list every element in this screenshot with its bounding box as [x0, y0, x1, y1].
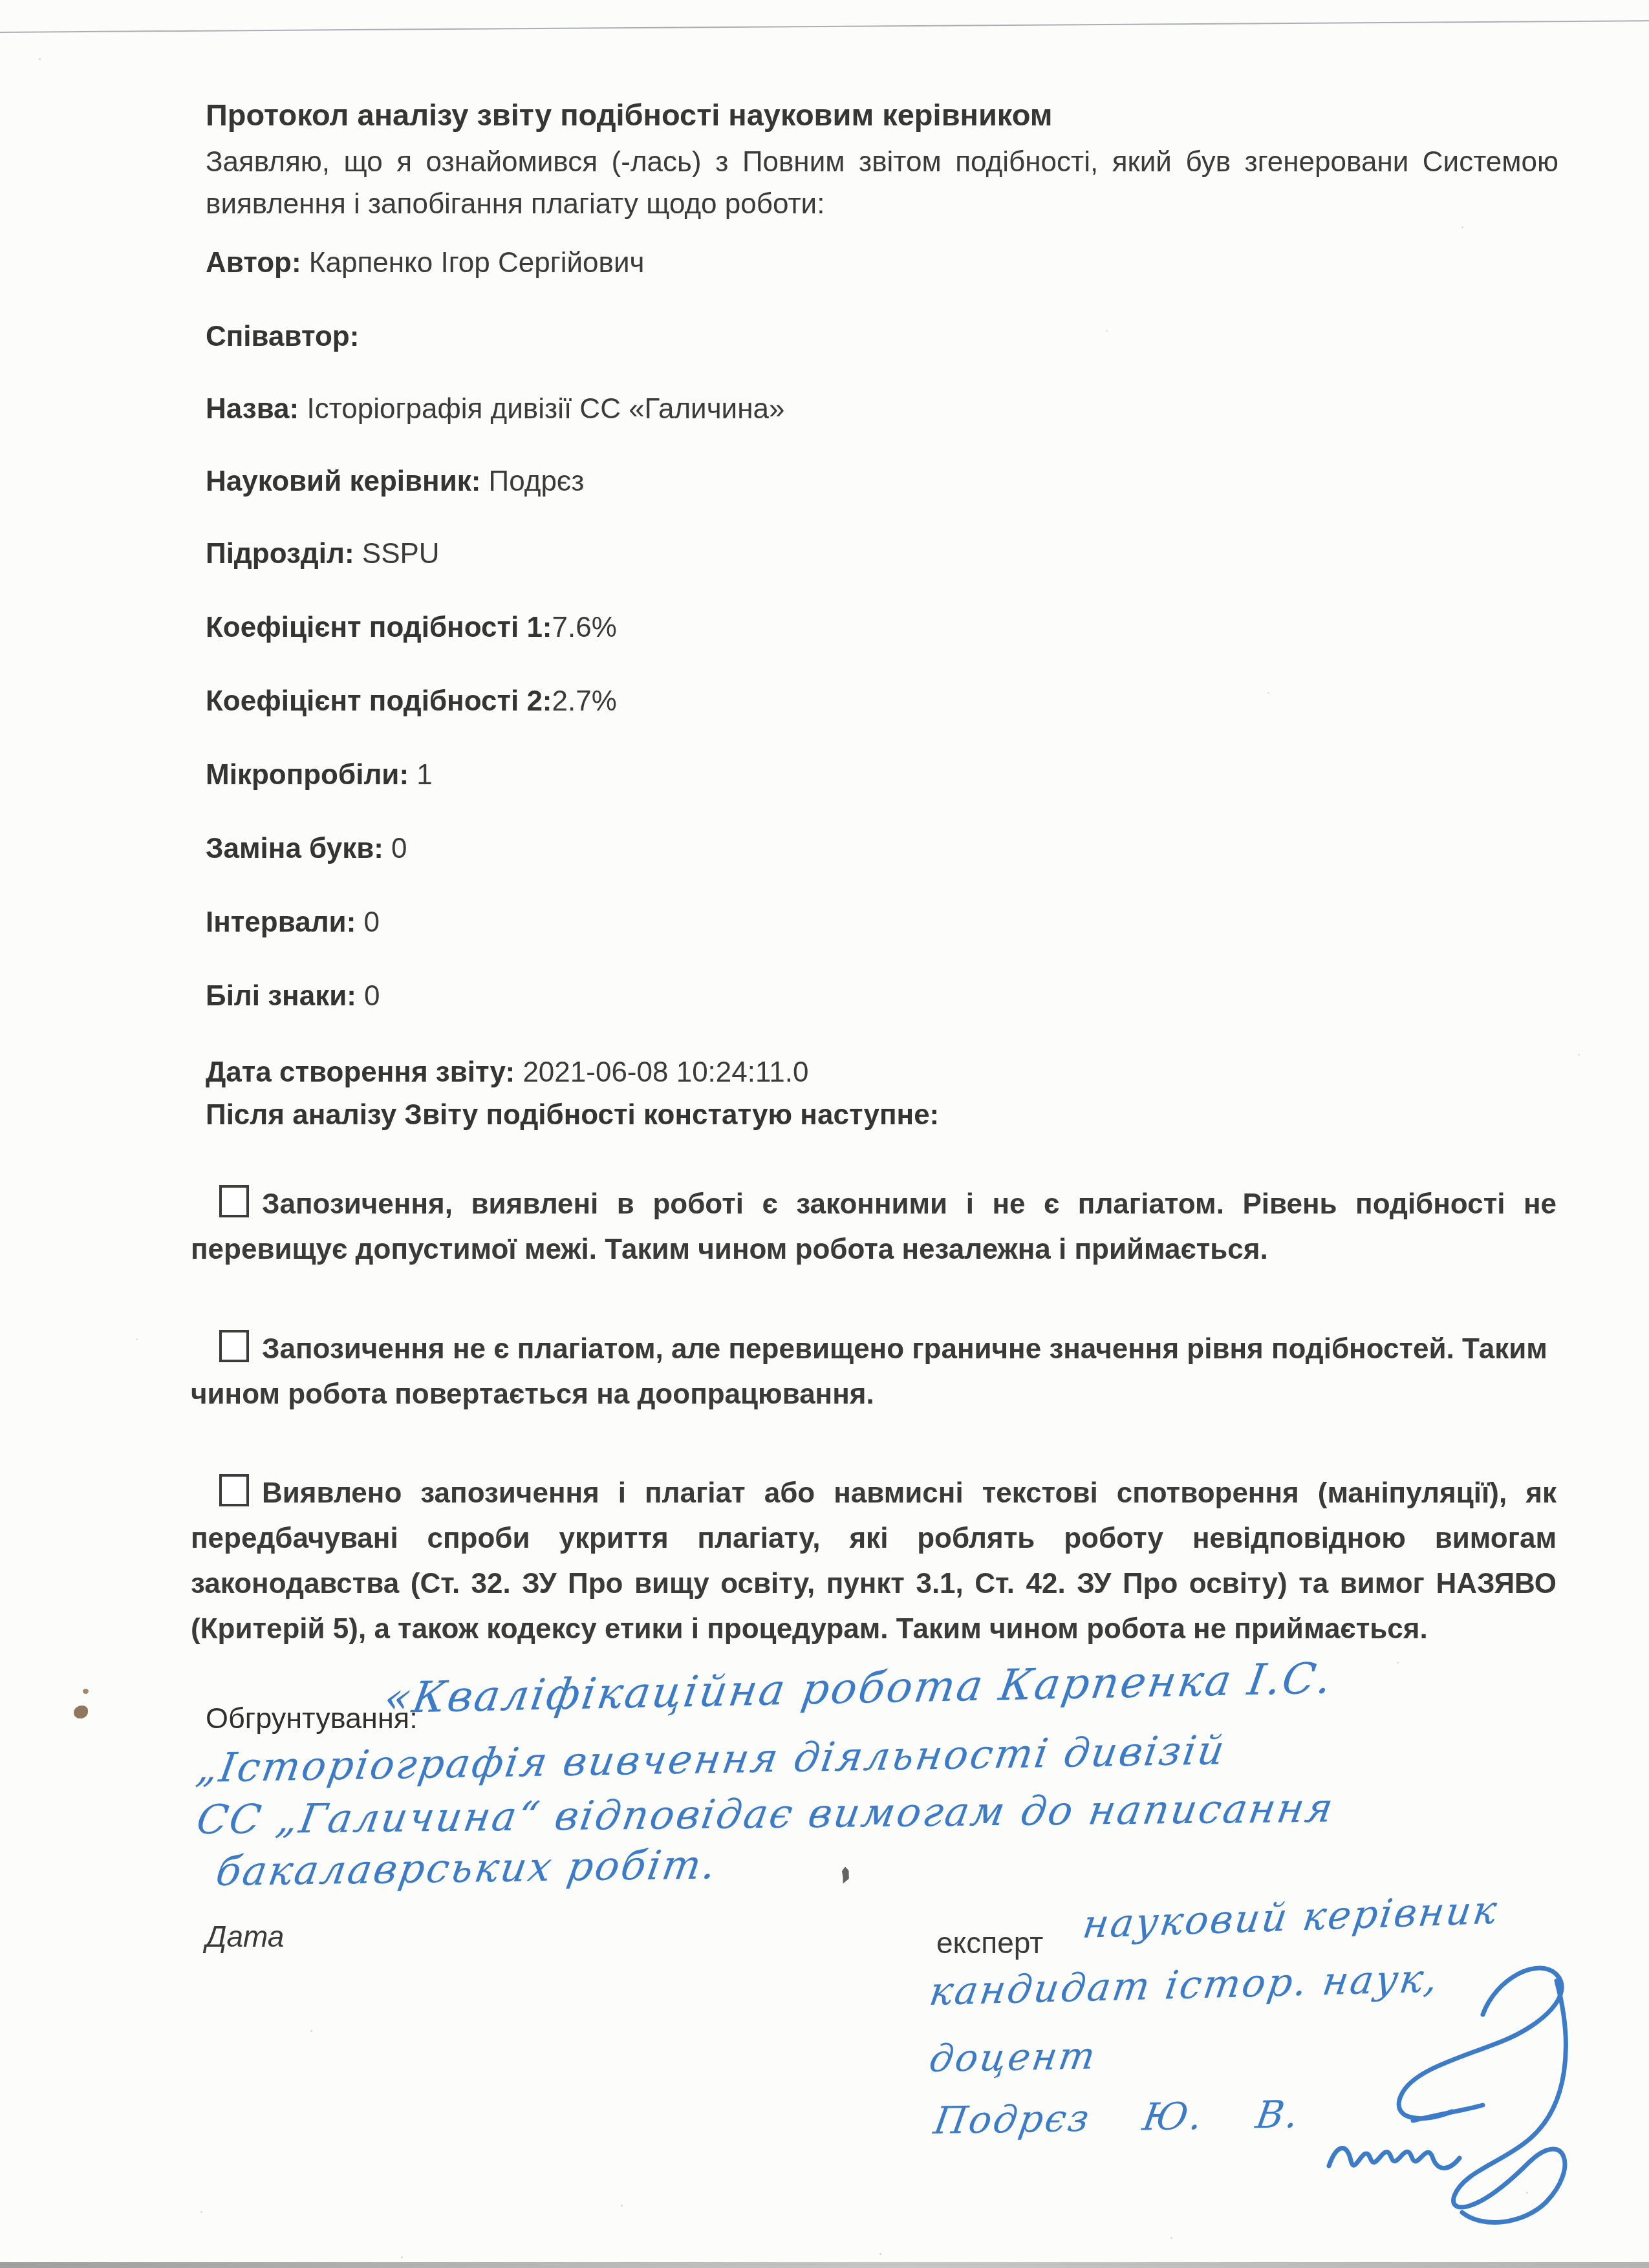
field-supervisor-label: Науковий керівник: — [206, 465, 480, 497]
field-white-chars: Білі знаки: 0 — [206, 980, 380, 1012]
field-microspaces-label: Мікропробіли: — [206, 759, 409, 791]
scanned-protocol-page: Протокол аналізу звіту подібності науков… — [0, 0, 1649, 2268]
field-microspaces-value: 1 — [409, 759, 433, 791]
handwritten-justification-line-2: „Історіографія вивчення діяльності дивіз… — [193, 1726, 1229, 1792]
option-2-checkbox[interactable] — [219, 1330, 249, 1362]
scan-artifact-bottom-band — [0, 2262, 1649, 2268]
field-white-chars-label: Білі знаки: — [206, 980, 356, 1012]
field-supervisor: Науковий керівник: Подрєз — [206, 465, 584, 498]
field-coefficient-1: Коефіцієнт подібності 1:7.6% — [206, 612, 617, 644]
field-coefficient-1-value: 7.6% — [552, 612, 617, 643]
field-letter-swap-value: 0 — [383, 833, 407, 864]
handwritten-justification-line-4: бакалаврських робіт. — [213, 1841, 721, 1895]
field-author-value: Карпенко Ігор Сергійович — [301, 247, 645, 279]
option-3-checkbox[interactable] — [219, 1474, 249, 1506]
scan-artifact-top-line — [0, 20, 1649, 33]
field-letter-swap-label: Заміна букв: — [206, 833, 383, 864]
expert-label: експерт — [936, 1925, 1043, 1960]
field-coefficient-1-label: Коефіцієнт подібності 1: — [206, 612, 552, 643]
field-microspaces: Мікропробіли: 1 — [206, 759, 433, 791]
field-title-value: Історіографія дивізії СС «Галичина» — [299, 393, 784, 425]
handwritten-justification-line-1: «Кваліфікаційна робота Карпенка І.С. — [381, 1653, 1337, 1723]
option-1-checkbox[interactable] — [219, 1185, 249, 1217]
field-coefficient-2-value: 2.7% — [552, 685, 617, 717]
field-title: Назва: Історіографія дивізії СС «Галичин… — [206, 393, 784, 425]
handwritten-expert-line-4: Подрєз Ю. В. — [931, 2092, 1304, 2143]
field-author: Автор: Карпенко Ігор Сергійович — [206, 247, 644, 279]
intro-statement: Заявляю, що я ознайомився (-лась) з Повн… — [206, 141, 1558, 225]
field-author-label: Автор: — [206, 247, 301, 279]
option-2: Запозичення не є плагіатом, але перевище… — [191, 1327, 1557, 1417]
field-report-date: Дата створення звіту: 2021-06-08 10:24:1… — [206, 1056, 808, 1089]
field-coefficient-2: Коефіцієнт подібності 2:2.7% — [206, 685, 617, 718]
handwritten-expert-line-3: доцент — [927, 2033, 1100, 2081]
field-coauthor: Співавтор: — [206, 321, 359, 353]
option-2-text: Запозичення не є плагіатом, але перевище… — [191, 1333, 1547, 1410]
scan-noise — [39, 58, 41, 60]
field-intervals-value: 0 — [356, 906, 380, 938]
date-label: Дата — [206, 1919, 284, 1954]
field-department: Підрозділ: SSPU — [206, 538, 440, 570]
ink-blot — [74, 1706, 88, 1718]
handwritten-expert-line-1: науковий керівник — [1080, 1887, 1502, 1947]
page-title: Протокол аналізу звіту подібності науков… — [206, 97, 1564, 133]
field-intervals-label: Інтервали: — [206, 906, 356, 938]
field-letter-swap: Заміна букв: 0 — [206, 833, 407, 865]
handwritten-justification-line-3: СС „Галичина“ відповідає вимогам до напи… — [193, 1784, 1338, 1844]
field-department-label: Підрозділ: — [206, 538, 354, 570]
field-department-value: SSPU — [354, 538, 440, 570]
field-coauthor-label: Співавтор: — [206, 321, 359, 352]
field-supervisor-value: Подрєз — [480, 465, 584, 497]
field-report-date-value: 2021-06-08 10:24:11.0 — [515, 1056, 808, 1088]
field-white-chars-value: 0 — [356, 980, 380, 1012]
signature — [1316, 1952, 1620, 2243]
field-intervals: Інтервали: 0 — [206, 906, 380, 939]
ink-blot-small — [83, 1689, 89, 1694]
field-report-date-label: Дата створення звіту: — [206, 1056, 515, 1088]
ink-speck — [838, 1866, 852, 1885]
option-1: Запозичення, виявлені в роботі є законни… — [191, 1182, 1557, 1272]
field-coefficient-2-label: Коефіцієнт подібності 2: — [206, 685, 552, 717]
field-title-label: Назва: — [206, 393, 299, 425]
after-analysis-statement: Після аналізу Звіту подібності констатую… — [206, 1099, 939, 1131]
option-3-text: Виявлено запозичення і плагіат або навми… — [191, 1477, 1557, 1645]
option-3: Виявлено запозичення і плагіат або навми… — [191, 1471, 1557, 1652]
option-1-text: Запозичення, виявлені в роботі є законни… — [191, 1188, 1557, 1265]
